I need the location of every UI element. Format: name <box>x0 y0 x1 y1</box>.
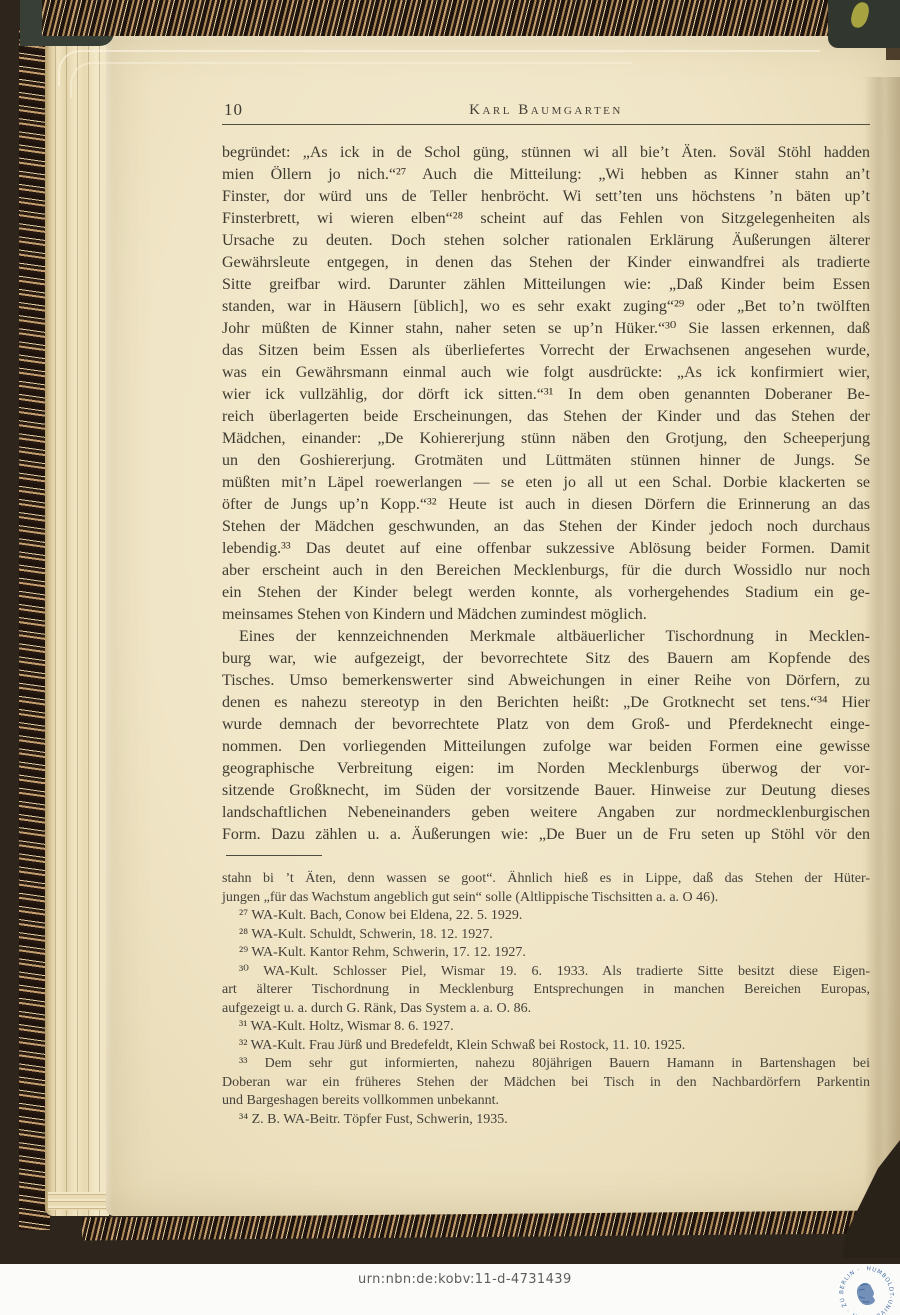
digitisation-footer: urn:nbn:de:kobv:11-d-4731439 HUMBOLDT-UN… <box>0 1264 900 1315</box>
footnote-line: ³² WA-Kult. Frau Jürß und Bredefeldt, Kl… <box>222 1037 870 1056</box>
text-line: mien Öllern jo nich.“²⁷ Auch die Mitteil… <box>222 164 870 186</box>
footnote-line: jungen „für das Wachstum angeblich gut s… <box>222 889 870 908</box>
text-line: Johr müßten de Kinner stahn, naher seten… <box>222 318 870 340</box>
text-line: wier ick vullzählig, dor dörft ick sitte… <box>222 384 870 406</box>
main-text: begründet: „As ick in de Schol güng, stü… <box>222 142 870 846</box>
footnote-separator <box>226 855 322 856</box>
text-line: un den Goshiererjung. Grotmäten und Lütt… <box>222 450 870 472</box>
footnote-line: ³⁰ WA-Kult. Schlosser Piel, Wismar 19. 6… <box>222 963 870 982</box>
text-line: Mädchen, einander: „De Kohiererjung stün… <box>222 428 870 450</box>
text-line: denen es nahezu stereotyp in den Bericht… <box>222 692 870 714</box>
footnote-line: ²⁸ WA-Kult. Schuldt, Schwerin, 18. 12. 1… <box>222 926 870 945</box>
footnote-line: ²⁹ WA-Kult. Kantor Rehm, Schwerin, 17. 1… <box>222 944 870 963</box>
text-line: Gewährsleute entgegen, in denen das Steh… <box>222 252 870 274</box>
page-content: 10 Karl Baumgarten begründet: „As ick in… <box>222 97 870 1129</box>
footnote-line: art älterer Tischordnung in Mecklenburg … <box>222 981 870 1000</box>
text-line: nommen. Den vorliegenden Mitteilungen zu… <box>222 736 870 758</box>
running-header: Karl Baumgarten <box>222 102 870 119</box>
footnote-line: Doberan war ein früheres Stehen der Mädc… <box>222 1074 870 1093</box>
footnote-line: ³³ Dem sehr gut informierten, nahezu 80j… <box>222 1055 870 1074</box>
text-line: begründet: „As ick in de Schol güng, stü… <box>222 142 870 164</box>
footnotes: stahn bi ’t Äten, denn wassen se goot“. … <box>222 870 870 1129</box>
book-page: 10 Karl Baumgarten begründet: „As ick in… <box>106 33 900 1216</box>
footnote-line: ²⁷ WA-Kult. Bach, Conow bei Eldena, 22. … <box>222 907 870 926</box>
text-line: sitzende Großknecht, im Süden der vorsit… <box>222 780 870 802</box>
seal-portrait <box>857 1283 875 1305</box>
footnote-line: ³⁴ Z. B. WA-Beitr. Töpfer Fust, Schwerin… <box>222 1111 870 1130</box>
footnote-line: ³¹ WA-Kult. Holtz, Wismar 8. 6. 1927. <box>222 1018 870 1037</box>
text-line: meinsames Stehen von Kindern und Mädchen… <box>222 604 870 626</box>
footnote-line: stahn bi ’t Äten, denn wassen se goot“. … <box>222 870 870 889</box>
page-header: 10 Karl Baumgarten <box>222 97 870 125</box>
humboldt-university-seal-icon: HUMBOLDT-UNIVERSITÄT · ZU BERLIN · <box>838 1265 895 1315</box>
text-line: Sitte greifbar wird. Darunter zählen Mit… <box>222 274 870 296</box>
text-line: müßten mit’n Läpel roewerlangen — se ete… <box>222 472 870 494</box>
text-line: Tisches. Umso bemerkenswerter sind Abwei… <box>222 670 870 692</box>
text-line: geographische Verbreitung eigen: im Nord… <box>222 758 870 780</box>
text-line: Finster, dor würd uns de Teller henbröch… <box>222 186 870 208</box>
text-line: Ursache zu deuten. Doch stehen solcher r… <box>222 230 870 252</box>
text-line: Form. Dazu zählen u. a. Äußerungen wie: … <box>222 824 870 846</box>
page-fold-shadow <box>864 77 900 1207</box>
text-line: standen, war in Häusern [üblich], wo es … <box>222 296 870 318</box>
stacked-page-corner <box>70 62 632 98</box>
text-line: ein Stehen der Kinder belegt werden konn… <box>222 582 870 604</box>
text-line: burg war, wie aufgezeigt, der bevorrecht… <box>222 648 870 670</box>
text-line: Stehen der Mädchen geschwunden, an das S… <box>222 516 870 538</box>
text-line: Finsterbrett, wi wieren elben“²⁸ scheint… <box>222 208 870 230</box>
text-line: aber erscheint auch in den Bereichen Mec… <box>222 560 870 582</box>
text-line: was ein Gewährsmann einmal auch wie folg… <box>222 362 870 384</box>
text-line: lebendig.³³ Das deutet auf eine offenbar… <box>222 538 870 560</box>
urn-identifier: urn:nbn:de:kobv:11-d-4731439 <box>358 1272 572 1287</box>
page-stack-edges <box>45 36 109 1216</box>
text-line: landschaftlichen Nebeneinanders geben we… <box>222 802 870 824</box>
text-line: wurde demnach der bevorrechtete Platz vo… <box>222 714 870 736</box>
text-line: das Sitzen beim Essen als überliefertes … <box>222 340 870 362</box>
text-line: öfter de Jungs up’n Kopp.“³² Heute ist a… <box>222 494 870 516</box>
footnote-line: aufgezeigt u. a. durch G. Ränk, Das Syst… <box>222 1000 870 1019</box>
text-line: reich überlagerten beide Erscheinungen, … <box>222 406 870 428</box>
scanned-book-page: 10 Karl Baumgarten begründet: „As ick in… <box>0 0 900 1315</box>
book-top-marbled-edge <box>42 0 848 36</box>
book-cover-top-right <box>828 0 900 48</box>
bookmark-ribbon <box>849 0 871 29</box>
text-line: Eines der kennzeichnenden Merkmale altbä… <box>222 626 870 648</box>
footnote-line: und Bargeshagen bereits vollkommen unbek… <box>222 1092 870 1111</box>
